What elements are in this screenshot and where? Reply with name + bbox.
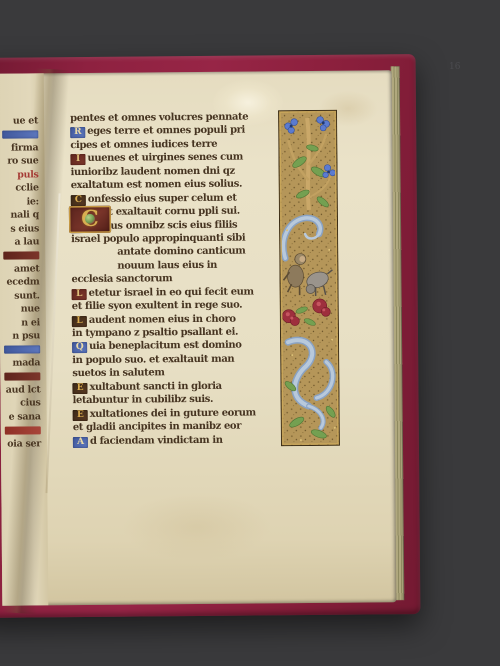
fragment-text: ie: bbox=[27, 196, 39, 207]
fragment-text: ecedm bbox=[6, 277, 39, 288]
line-filler-bar bbox=[2, 130, 38, 138]
line-text: exaltatum est nomen eius solius. bbox=[71, 179, 242, 191]
book-inner: ue et firma ro sue puls cclie ie: bbox=[0, 54, 420, 618]
text-line: Letetur israel in eo qui fecit eum bbox=[72, 285, 282, 300]
line-text: audent nomen eius in choro bbox=[89, 313, 236, 325]
fragment-text: aud lct bbox=[6, 384, 41, 395]
line-text: onfessio eius super celum et bbox=[88, 192, 237, 204]
facing-page-line: firma bbox=[0, 141, 38, 155]
facing-page-line bbox=[0, 343, 40, 357]
line-text: xultationes dei in guture eorum bbox=[90, 407, 256, 419]
facing-page-line: n psu bbox=[0, 329, 40, 343]
facing-page-line: cius bbox=[1, 397, 41, 411]
facing-page-line bbox=[0, 249, 39, 263]
fragment-text: e sana bbox=[9, 411, 41, 422]
large-initial-C: C bbox=[69, 206, 111, 233]
line-text: antate domino canticum bbox=[117, 246, 245, 258]
line-filler-bar bbox=[5, 426, 41, 434]
fragment-text: n ei bbox=[21, 317, 40, 328]
facing-page-line: cclie bbox=[0, 182, 39, 196]
facing-page-text-fragments: ue et firma ro sue puls cclie ie: bbox=[0, 114, 41, 450]
line-text: et filie syon exultent in rege suo. bbox=[72, 300, 243, 312]
line-text: et gladii ancipites in manibz eor bbox=[73, 421, 241, 433]
line-text: ecclesia sanctorum bbox=[71, 273, 172, 285]
fragment-text: puls bbox=[17, 169, 38, 180]
line-text: nouum laus eius in bbox=[117, 260, 217, 272]
line-text: uuenes et uirgines senes cum bbox=[87, 152, 243, 164]
line-text: letabuntur in cubilibz suis. bbox=[73, 394, 214, 406]
fragment-text: oia ser bbox=[7, 438, 41, 449]
fragment-text: s eius bbox=[10, 223, 39, 234]
line-text: suetos in salutem bbox=[72, 368, 164, 380]
facing-page-line bbox=[1, 423, 41, 437]
line-text: etetur israel in eo qui fecit eum bbox=[89, 286, 254, 298]
fragment-text: sunt. bbox=[14, 290, 39, 301]
folio-mark: 16 bbox=[449, 62, 460, 72]
photo-background: ue et firma ro sue puls cclie ie: bbox=[0, 0, 500, 666]
fragment-text: a lau bbox=[14, 236, 39, 247]
illuminated-initial: Q bbox=[72, 342, 87, 353]
fragment-text: nali q bbox=[10, 209, 39, 220]
text-line: Ad faciendam vindictam in bbox=[73, 433, 283, 448]
illuminated-initial: I bbox=[70, 154, 85, 165]
line-text: cipes et omnes iudices terre bbox=[70, 139, 217, 151]
illuminated-initial: A bbox=[73, 436, 88, 447]
line-text: in populo suo. et exaltauit man bbox=[72, 354, 234, 366]
illuminated-initial: C bbox=[71, 195, 86, 206]
line-text: pentes et omnes volucres pennate bbox=[70, 112, 248, 125]
line-filler-bar bbox=[3, 251, 39, 259]
fragment-text: n psu bbox=[12, 330, 40, 341]
facing-page-line: mada bbox=[0, 356, 40, 370]
fragment-text: cius bbox=[20, 398, 41, 409]
illuminated-initial: L bbox=[72, 316, 87, 327]
parchment-stain bbox=[121, 491, 272, 562]
facing-page-line: n ei bbox=[0, 316, 40, 330]
facing-page-line bbox=[0, 128, 38, 142]
facing-page-line: e sana bbox=[1, 410, 41, 424]
fragment-text: amet bbox=[14, 263, 40, 274]
line-text: eges terre et omnes populi pri bbox=[87, 125, 245, 137]
psalm-text-block: pentes et omnes volucres pennate Reges t… bbox=[70, 110, 283, 448]
facing-page-line: nali q bbox=[0, 208, 39, 222]
fragment-text: cclie bbox=[15, 183, 38, 194]
facing-page-line: oia ser bbox=[1, 437, 41, 451]
facing-page-line: aud lct bbox=[0, 383, 40, 397]
line-filler-bar bbox=[4, 372, 40, 380]
fragment-text: ue et bbox=[13, 115, 38, 126]
facing-page-line: ro sue bbox=[0, 155, 39, 169]
fragment-text: mada bbox=[12, 357, 40, 368]
illuminated-initial: L bbox=[72, 289, 87, 300]
illuminated-border bbox=[278, 110, 340, 447]
facing-page-line: puls bbox=[0, 168, 39, 182]
line-text: iunioribz laudent nomen dni qz bbox=[71, 165, 235, 177]
line-text: d faciendam vindictam in bbox=[90, 434, 223, 446]
line-text: israel populo appropinquanti sibi bbox=[71, 232, 245, 245]
illuminated-initial: E bbox=[72, 383, 87, 394]
parchment-page: ue et firma ro sue puls cclie ie: bbox=[0, 70, 396, 605]
facing-page-line: a lau bbox=[0, 235, 39, 249]
line-text: in tympano z psaltio psallant ei. bbox=[72, 327, 238, 339]
facing-page-line: nue bbox=[0, 302, 40, 316]
facing-page-line bbox=[0, 370, 40, 384]
red-velvet-book: ue et firma ro sue puls cclie ie: bbox=[0, 54, 420, 618]
text-line: Exultationes dei in guture eorum bbox=[73, 406, 283, 421]
illuminated-initial: R bbox=[70, 127, 85, 138]
initial-floral-ornament bbox=[85, 214, 95, 224]
facing-page-line: ie: bbox=[0, 195, 39, 209]
line-filler-bar bbox=[4, 345, 40, 353]
facing-page-line: amet bbox=[0, 262, 39, 276]
fragment-text: nue bbox=[21, 303, 40, 314]
fragment-text: firma bbox=[11, 142, 39, 153]
facing-page-line: s eius bbox=[0, 222, 39, 236]
line-text: uia beneplacitum est domino bbox=[89, 340, 241, 352]
facing-page-line: ecedm bbox=[0, 276, 40, 290]
facing-page-line: sunt. bbox=[0, 289, 40, 303]
fragment-text: ro sue bbox=[7, 156, 38, 167]
line-text: xultabunt sancti in gloria bbox=[89, 381, 221, 393]
illuminated-initial: E bbox=[73, 410, 88, 421]
facing-page-line: ue et bbox=[0, 114, 38, 128]
